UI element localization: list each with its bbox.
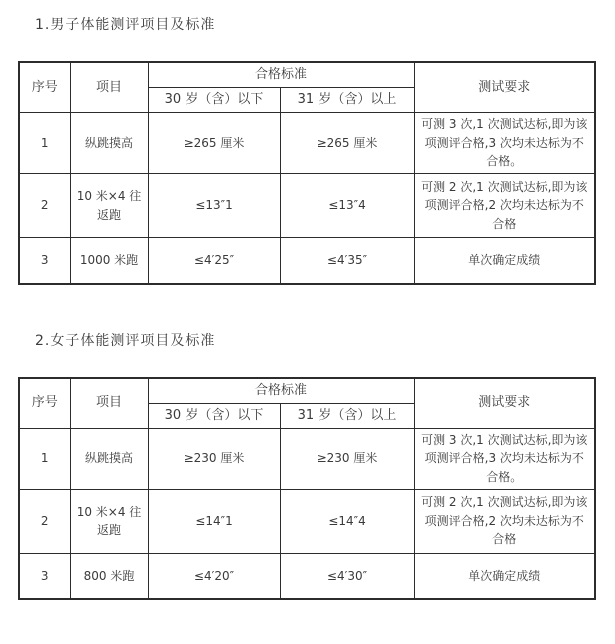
cell-item: 纵跳摸高	[70, 428, 148, 489]
cell-no: 1	[19, 428, 70, 489]
fitness-table-men: 序号 项目 合格标准 测试要求 30 岁（含）以下 31 岁（含）以上 1 纵跳…	[18, 61, 596, 285]
section-women: 2.女子体能测评项目及标准 序号 项目 合格标准 测试要求 30 岁（含）以下 …	[0, 285, 615, 601]
cell-no: 2	[19, 174, 70, 238]
cell-requirement: 可测 3 次,1 次测试达标,即为该项测评合格,3 次均未达标为不合格。	[414, 428, 595, 489]
table-row: 3 800 米跑 ≤4′20″ ≤4′30″ 单次确定成绩	[19, 553, 595, 599]
cell-standard-over-31: ≤4′35″	[280, 238, 414, 284]
cell-standard-under-30: ≥230 厘米	[148, 428, 280, 489]
cell-item: 1000 米跑	[70, 238, 148, 284]
header-row-top: 序号 项目 合格标准 测试要求	[19, 378, 595, 404]
document-page: 1.男子体能测评项目及标准 序号 项目 合格标准 测试要求 30 岁（含）以下 …	[0, 0, 615, 644]
section-title-women: 2.女子体能测评项目及标准	[0, 285, 615, 350]
cell-standard-under-30: ≤4′25″	[148, 238, 280, 284]
cell-requirement: 可测 2 次,1 次测试达标,即为该项测评合格,2 次均未达标为不合格	[414, 489, 595, 553]
cell-item: 10 米×4 往返跑	[70, 489, 148, 553]
cell-item: 10 米×4 往返跑	[70, 174, 148, 238]
section-men: 1.男子体能测评项目及标准 序号 项目 合格标准 测试要求 30 岁（含）以下 …	[0, 0, 615, 285]
col-header-item: 项目	[70, 378, 148, 429]
section-title-men: 1.男子体能测评项目及标准	[0, 0, 615, 34]
cell-standard-under-30: ≥265 厘米	[148, 113, 280, 174]
cell-standard-under-30: ≤13″1	[148, 174, 280, 238]
cell-standard-over-31: ≥265 厘米	[280, 113, 414, 174]
col-header-requirement: 测试要求	[414, 62, 595, 113]
table-row: 2 10 米×4 往返跑 ≤14″1 ≤14″4 可测 2 次,1 次测试达标,…	[19, 489, 595, 553]
cell-no: 3	[19, 553, 70, 599]
col-header-under-30: 30 岁（含）以下	[148, 88, 280, 113]
cell-requirement: 可测 2 次,1 次测试达标,即为该项测评合格,2 次均未达标为不合格	[414, 174, 595, 238]
fitness-table-women: 序号 项目 合格标准 测试要求 30 岁（含）以下 31 岁（含）以上 1 纵跳…	[18, 377, 596, 601]
cell-requirement: 单次确定成绩	[414, 553, 595, 599]
table-header: 序号 项目 合格标准 测试要求 30 岁（含）以下 31 岁（含）以上	[19, 62, 595, 113]
table-header: 序号 项目 合格标准 测试要求 30 岁（含）以下 31 岁（含）以上	[19, 378, 595, 429]
cell-standard-over-31: ≤13″4	[280, 174, 414, 238]
cell-standard-under-30: ≤14″1	[148, 489, 280, 553]
cell-item: 纵跳摸高	[70, 113, 148, 174]
cell-standard-over-31: ≤4′30″	[280, 553, 414, 599]
table-row: 2 10 米×4 往返跑 ≤13″1 ≤13″4 可测 2 次,1 次测试达标,…	[19, 174, 595, 238]
cell-standard-over-31: ≤14″4	[280, 489, 414, 553]
cell-no: 3	[19, 238, 70, 284]
cell-no: 1	[19, 113, 70, 174]
col-header-over-31: 31 岁（含）以上	[280, 88, 414, 113]
col-header-no: 序号	[19, 378, 70, 429]
cell-requirement: 单次确定成绩	[414, 238, 595, 284]
col-header-over-31: 31 岁（含）以上	[280, 403, 414, 428]
table-row: 3 1000 米跑 ≤4′25″ ≤4′35″ 单次确定成绩	[19, 238, 595, 284]
header-row-top: 序号 项目 合格标准 测试要求	[19, 62, 595, 88]
cell-requirement: 可测 3 次,1 次测试达标,即为该项测评合格,3 次均未达标为不合格。	[414, 113, 595, 174]
col-header-item: 项目	[70, 62, 148, 113]
cell-standard-under-30: ≤4′20″	[148, 553, 280, 599]
col-header-requirement: 测试要求	[414, 378, 595, 429]
cell-item: 800 米跑	[70, 553, 148, 599]
col-header-no: 序号	[19, 62, 70, 113]
cell-no: 2	[19, 489, 70, 553]
col-header-under-30: 30 岁（含）以下	[148, 403, 280, 428]
col-header-standard: 合格标准	[148, 62, 414, 88]
col-header-standard: 合格标准	[148, 378, 414, 404]
cell-standard-over-31: ≥230 厘米	[280, 428, 414, 489]
table-row: 1 纵跳摸高 ≥265 厘米 ≥265 厘米 可测 3 次,1 次测试达标,即为…	[19, 113, 595, 174]
table-row: 1 纵跳摸高 ≥230 厘米 ≥230 厘米 可测 3 次,1 次测试达标,即为…	[19, 428, 595, 489]
